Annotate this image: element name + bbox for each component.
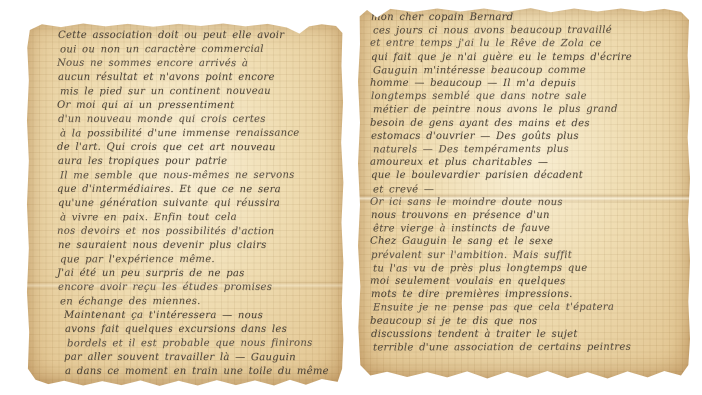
- handwriting-line: Gauguin m'intéresse beaucoup comme: [373, 63, 689, 77]
- handwriting-line: que par l'expérience même.: [60, 253, 340, 268]
- handwriting-line: longtemps semblé que dans notre sale: [371, 90, 687, 103]
- handwriting-line: qui fait que je n'ai guère eu le temps d…: [371, 51, 687, 64]
- handwriting-line: à la possibilité d'une immense renaissan…: [60, 127, 340, 142]
- handwriting-line: mis le pied sur un continent nouveau: [60, 85, 340, 100]
- handwriting-line: et crevé —: [373, 182, 689, 196]
- handwriting-line: bordels et il est probable que nous fini…: [67, 337, 340, 352]
- handwriting-line: nous trouvons en présence d'un: [371, 209, 687, 222]
- handwriting-line: avons fait quelques excursions dans les: [65, 323, 338, 337]
- handwriting-line: Or moi qui ai un pressentiment: [57, 99, 337, 114]
- handwriting-line: et entre temps j'ai lu le Rêve de Zola c…: [370, 37, 686, 51]
- handwriting-line: encore avoir reçu les études promises: [58, 281, 338, 295]
- handwriting-line: Nous ne sommes encore arrivés à: [57, 57, 337, 72]
- handwriting-line: beaucoup si je te dis que nos: [370, 314, 686, 328]
- handwriting-line: à vivre en paix. Enfin tout cela: [60, 211, 340, 226]
- handwriting-line: amoureux et plus charitables —: [370, 156, 686, 170]
- handwriting-line: terrible d'une association de certains p…: [373, 341, 689, 355]
- letter-page-left: Cette association doit ou peut elle avoi…: [26, 22, 344, 387]
- handwriting-line: Chez Gauguin le sang et le sexe: [370, 235, 686, 249]
- handwriting-line: métier de peintre nous avons le plus gra…: [373, 103, 689, 117]
- handwriting-text-left: Cette association doit ou peut elle avoi…: [58, 29, 338, 379]
- handwriting-line: prévalent sur l'ambition. Mais suffit: [371, 249, 687, 262]
- handwriting-line: de l'art. Qui crois que cet art nouveau: [57, 141, 337, 156]
- handwriting-line: homme — beaucoup — Il m'a depuis: [370, 77, 686, 91]
- handwriting-line: Or ici sans le moindre doute nous: [370, 196, 686, 210]
- handwriting-line: par aller souvent travailler là — Gaugui…: [64, 351, 337, 366]
- handwriting-line: aucun résultat et n'avons point encore: [58, 71, 338, 85]
- handwriting-line: a dans ce moment en train une toile du m…: [65, 365, 338, 379]
- handwriting-line: ne sauraient nous devenir plus clairs: [58, 239, 338, 253]
- handwriting-line: d'un nouveau monde qui crois certes: [58, 113, 338, 127]
- handwriting-line: Il me semble que nous-mêmes ne servons: [60, 169, 340, 184]
- handwriting-line: tu l'as vu de près plus longtemps que: [373, 261, 689, 275]
- handwriting-line: estomacs d'ouvrier — Des goûts plus: [371, 130, 687, 143]
- handwriting-line: J'ai été un peu surpris de ne pas: [57, 267, 337, 282]
- handwriting-line: moi seulement voulais en quelques: [370, 275, 686, 289]
- handwriting-line: qu'une génération suivante qui réussira: [58, 197, 338, 211]
- handwriting-line: Cette association doit ou peut elle avoi…: [58, 29, 338, 43]
- handwriting-line: que le boulevardier parisien décadent: [371, 169, 687, 182]
- handwriting-line: en échange des miennes.: [60, 295, 340, 310]
- handwriting-line: nos devoirs et nos possibilités d'action: [57, 225, 337, 240]
- handwriting-line: ces jours ci nous avons beaucoup travail…: [373, 24, 689, 38]
- handwriting-line: que d'intermédiaires. Et que ce ne sera: [57, 183, 337, 198]
- handwriting-line: naturels — Des tempéraments plus: [373, 143, 689, 157]
- handwriting-text-right: mon cher copain Bernardces jours ci nous…: [371, 11, 687, 354]
- handwriting-line: Ensuite je ne pense pas que cela t'épate…: [373, 301, 689, 315]
- handwriting-line: discussions tendent à traiter le sujet: [371, 328, 687, 341]
- handwriting-line: mon cher copain Bernard: [371, 11, 687, 24]
- handwriting-line: besoin de gens ayant des mains et des: [370, 116, 686, 130]
- handwriting-line: mots te dire premières impressions.: [371, 288, 687, 301]
- handwriting-line: être vierge à instincts de fauve: [373, 222, 689, 236]
- handwriting-line: aura les tropiques pour patrie: [58, 155, 338, 169]
- letter-page-right: mon cher copain Bernardces jours ci nous…: [357, 7, 691, 380]
- handwriting-line: oui ou non un caractère commercial: [60, 43, 340, 58]
- letter-scan: Cette association doit ou peut elle avoi…: [0, 0, 702, 395]
- handwriting-line: Maintenant ça t'intéressera — nous: [64, 309, 337, 324]
